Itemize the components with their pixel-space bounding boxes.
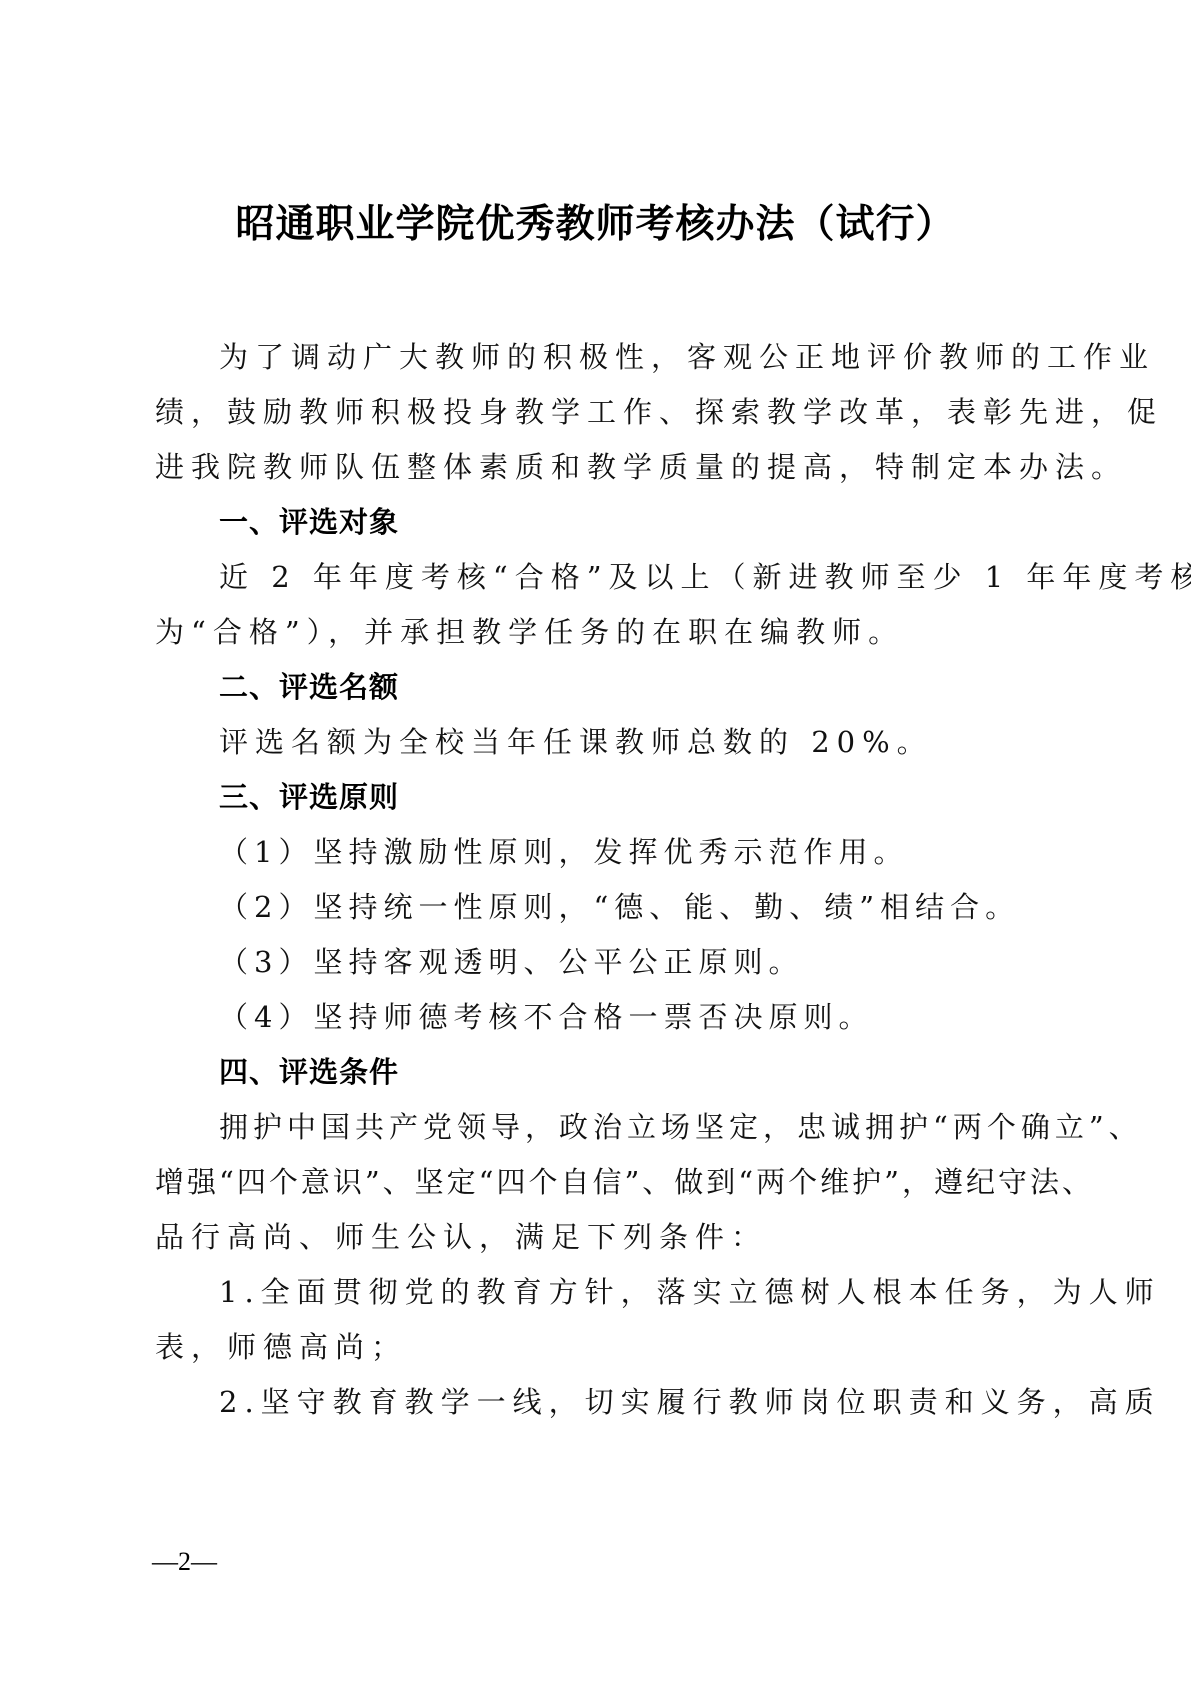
section-heading-quota: 二、评选名额 — [219, 667, 399, 707]
page-number: —2— — [152, 1546, 217, 1578]
section-heading-eligibility: 一、评选对象 — [219, 502, 399, 542]
section-2-line-1: 评选名额为全校当年任课教师总数的 20%。 — [219, 722, 933, 762]
principle-item-3: （3）坚持客观透明、公平公正原则。 — [219, 942, 803, 982]
section-4-line-6: 2.坚守教育教学一线，切实履行教师岗位职责和义务，高质 — [219, 1382, 1161, 1422]
section-4-line-5: 表，师德高尚； — [155, 1327, 407, 1367]
principle-item-1: （1）坚持激励性原则，发挥优秀示范作用。 — [219, 832, 908, 872]
section-4-line-1: 拥护中国共产党领导，政治立场坚定，忠诚拥护“两个确立”、 — [219, 1107, 1143, 1147]
section-4-line-3: 品行高尚、师生公认，满足下列条件： — [155, 1217, 767, 1257]
intro-line-3: 进我院教师队伍整体素质和教学质量的提高，特制定本办法。 — [155, 447, 1127, 487]
principle-item-2: （2）坚持统一性原则，“德、能、勤、绩”相结合。 — [219, 887, 1020, 927]
intro-line-1: 为了调动广大教师的积极性，客观公正地评价教师的工作业 — [219, 337, 1155, 377]
principle-item-4: （4）坚持师德考核不合格一票否决原则。 — [219, 997, 873, 1037]
section-heading-criteria: 四、评选条件 — [219, 1052, 399, 1092]
document-title: 昭通职业学院优秀教师考核办法（试行） — [0, 200, 1191, 248]
intro-line-2: 绩，鼓励教师积极投身教学工作、探索教学改革，表彰先进，促 — [155, 392, 1163, 432]
section-4-line-4: 1.全面贯彻党的教育方针，落实立德树人根本任务，为人师 — [219, 1272, 1161, 1312]
document-page: 昭通职业学院优秀教师考核办法（试行） 为了调动广大教师的积极性，客观公正地评价教… — [0, 0, 1191, 1684]
section-1-line-2: 为“合格”），并承担教学任务的在职在编教师。 — [155, 612, 904, 652]
section-4-line-2: 增强“四个意识”、坚定“四个自信”、做到“两个维护”，遵纪守法、 — [155, 1162, 1094, 1202]
section-heading-principles: 三、评选原则 — [219, 777, 399, 817]
section-1-line-1: 近 2 年年度考核“合格”及以上（新进教师至少 1 年年度考核 — [219, 557, 1191, 597]
